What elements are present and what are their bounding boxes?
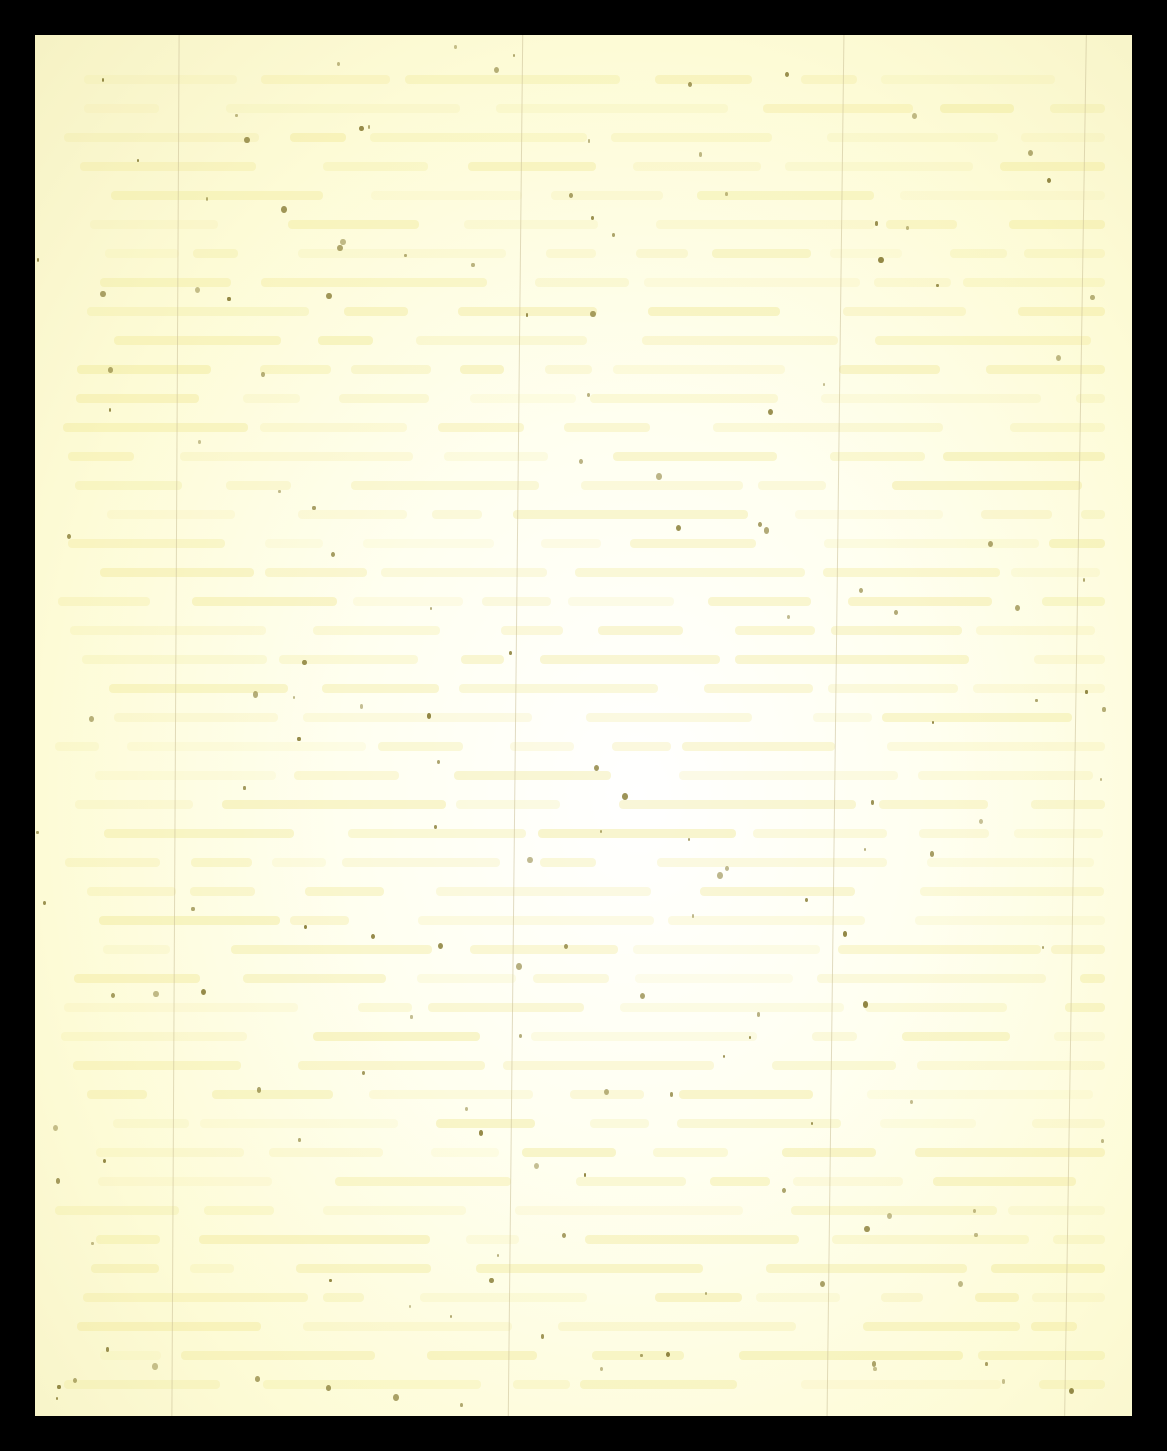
speckle: [362, 1071, 365, 1075]
faded-text: [73, 1061, 241, 1070]
faded-text: [1014, 829, 1103, 838]
faded-text: [739, 1351, 963, 1360]
faded-text: [263, 1380, 481, 1389]
faded-text: [303, 713, 533, 722]
faded-text: [613, 452, 777, 461]
speckle: [717, 872, 723, 879]
speckle: [988, 541, 993, 547]
speckle: [91, 1242, 94, 1246]
faded-text: [322, 684, 439, 693]
speckle: [1083, 578, 1086, 582]
faded-text: [598, 626, 683, 635]
faded-text: [113, 1119, 189, 1128]
speckle: [757, 1012, 761, 1017]
faded-text: [540, 858, 596, 867]
faded-text: [68, 452, 135, 461]
faded-text: [305, 887, 384, 896]
speckle: [312, 506, 316, 511]
faded-text: [416, 336, 586, 345]
faded-text: [470, 394, 576, 403]
faded-text: [405, 75, 621, 84]
speckle: [243, 786, 245, 789]
speckle: [640, 993, 645, 999]
faded-text: [96, 1235, 159, 1244]
speckle: [109, 408, 112, 412]
faded-text: [87, 1090, 147, 1099]
faded-text: [1053, 1235, 1105, 1244]
faded-text: [265, 568, 367, 577]
faded-text: [470, 945, 617, 954]
faded-text: [260, 365, 331, 374]
faded-text: [950, 249, 1007, 258]
speckle: [329, 1279, 332, 1283]
faded-text: [915, 1148, 1105, 1157]
speckle: [497, 1254, 499, 1257]
faded-text: [1031, 1322, 1077, 1331]
speckle: [527, 857, 533, 864]
faded-text: [461, 655, 504, 664]
speckle: [1042, 946, 1044, 949]
speckle: [1035, 699, 1037, 702]
speckle: [326, 293, 332, 300]
faded-text: [882, 713, 1071, 722]
speckle: [227, 297, 230, 301]
faded-text: [513, 1380, 570, 1389]
faded-text: [991, 1264, 1105, 1273]
faded-text: [348, 829, 525, 838]
speckle: [912, 113, 917, 119]
faded-text: [192, 597, 338, 606]
faded-text: [313, 1032, 480, 1041]
faded-text: [96, 1148, 245, 1157]
faded-text: [763, 104, 913, 113]
faded-text: [496, 104, 727, 113]
speckle: [910, 1100, 913, 1104]
speckle: [434, 825, 437, 829]
faded-text: [1008, 1206, 1105, 1215]
faded-text: [978, 1351, 1105, 1360]
faded-text: [766, 1264, 967, 1273]
faded-text: [95, 771, 276, 780]
faded-text: [576, 1177, 686, 1186]
speckle: [304, 925, 307, 929]
faded-text: [226, 104, 460, 113]
faded-text: [63, 423, 249, 432]
faded-text: [87, 887, 177, 896]
speckle: [534, 1163, 539, 1169]
faded-text: [77, 365, 210, 374]
faded-text: [288, 220, 419, 229]
speckle: [437, 760, 440, 764]
speckle: [103, 1159, 106, 1163]
speckle: [393, 1394, 399, 1401]
faded-text: [323, 162, 428, 171]
speckle: [108, 367, 113, 373]
faded-text: [381, 568, 547, 577]
faded-text: [633, 945, 820, 954]
faded-text: [114, 336, 281, 345]
speckle: [584, 1173, 587, 1177]
faded-text: [619, 800, 856, 809]
faded-text: [713, 423, 943, 432]
faded-text: [111, 191, 323, 200]
faded-text: [91, 1264, 159, 1273]
faded-text: [1050, 104, 1105, 113]
faded-text: [1024, 249, 1105, 258]
speckle: [57, 1385, 60, 1389]
faded-text: [193, 249, 237, 258]
faded-text: [636, 249, 689, 258]
faded-text: [817, 974, 1046, 983]
faded-text: [887, 742, 1105, 751]
faded-text: [436, 887, 650, 896]
faded-text: [793, 1177, 903, 1186]
speckle: [591, 216, 594, 220]
faded-text: [191, 858, 252, 867]
speckle: [337, 62, 340, 66]
faded-text: [879, 800, 988, 809]
faded-text: [1032, 1293, 1105, 1302]
speckle: [340, 239, 346, 246]
speckle: [1015, 605, 1020, 611]
speckle: [438, 943, 443, 949]
faded-text: [620, 1003, 844, 1012]
faded-text: [821, 394, 1041, 403]
faded-text: [98, 1177, 273, 1186]
faded-text: [231, 945, 433, 954]
faded-text: [900, 191, 1105, 200]
faded-text: [428, 1003, 584, 1012]
faded-text: [655, 75, 752, 84]
speckle: [569, 193, 573, 198]
faded-text: [586, 713, 753, 722]
faded-text: [68, 539, 225, 548]
faded-text: [981, 510, 1052, 519]
faded-text: [303, 1322, 512, 1331]
faded-text: [546, 249, 596, 258]
faded-text: [611, 133, 772, 142]
faded-text: [986, 365, 1105, 374]
speckle: [958, 1281, 963, 1287]
faded-text: [313, 626, 439, 635]
faded-text: [104, 829, 294, 838]
speckle: [360, 704, 363, 708]
faded-text: [226, 481, 291, 490]
faded-text: [212, 1090, 333, 1099]
faded-text: [785, 162, 974, 171]
speckle: [588, 139, 590, 142]
faded-text: [456, 800, 559, 809]
speckle: [864, 1226, 870, 1233]
faded-text: [501, 626, 562, 635]
faded-text: [371, 191, 522, 200]
speckle: [281, 206, 287, 213]
faded-text: [677, 1119, 841, 1128]
faded-text: [432, 510, 482, 519]
faded-text: [1054, 1032, 1105, 1041]
faded-text: [679, 771, 898, 780]
speckle: [843, 931, 847, 936]
faded-text: [100, 1351, 161, 1360]
speckle: [494, 67, 499, 73]
speckle: [579, 459, 583, 464]
faded-text: [902, 1032, 1010, 1041]
faded-text: [1011, 568, 1100, 577]
faded-text: [70, 626, 266, 635]
speckle: [1056, 355, 1061, 361]
speckle: [823, 383, 825, 386]
speckle: [359, 126, 363, 131]
faded-text: [180, 452, 413, 461]
faded-text: [74, 974, 200, 983]
faded-text: [190, 887, 255, 896]
faded-text: [874, 278, 951, 287]
speckle: [873, 1367, 876, 1371]
faded-text: [468, 162, 596, 171]
speckle: [43, 901, 46, 905]
speckle: [562, 1233, 566, 1238]
faded-text: [351, 481, 540, 490]
faded-text: [568, 597, 674, 606]
speckle: [688, 82, 692, 87]
faded-text: [592, 1351, 684, 1360]
faded-text: [1009, 220, 1105, 229]
faded-text: [824, 539, 1039, 548]
faded-text: [655, 1293, 742, 1302]
speckle: [278, 490, 281, 494]
faded-text: [279, 655, 418, 664]
faded-text: [657, 858, 888, 867]
faded-text: [358, 1003, 412, 1012]
faded-text: [943, 452, 1105, 461]
faded-text: [204, 1206, 274, 1215]
faded-text: [710, 1177, 770, 1186]
speckle: [656, 473, 662, 480]
faded-text: [801, 1380, 1001, 1389]
faded-text: [369, 1090, 533, 1099]
faded-text: [1021, 133, 1105, 142]
faded-text: [668, 916, 865, 925]
faded-text: [564, 423, 650, 432]
faded-text: [100, 568, 254, 577]
faded-text: [370, 133, 587, 142]
faded-text: [464, 220, 598, 229]
faded-text: [87, 307, 308, 316]
faded-text: [531, 1032, 757, 1041]
speckle: [460, 1403, 463, 1407]
faded-text: [580, 1380, 737, 1389]
speckle: [985, 1362, 988, 1366]
faded-text: [1051, 945, 1105, 954]
speckle: [450, 1315, 452, 1318]
speckle: [768, 409, 773, 415]
speckle: [979, 819, 983, 824]
faded-text: [65, 858, 160, 867]
speckle: [56, 1397, 58, 1400]
faded-text: [712, 249, 811, 258]
faded-text: [533, 974, 609, 983]
faded-text: [812, 1032, 857, 1041]
faded-text: [438, 423, 524, 432]
faded-text: [298, 510, 407, 519]
faded-text: [590, 394, 778, 403]
speckle: [298, 1138, 301, 1142]
speckle: [465, 1107, 468, 1111]
speckle: [590, 311, 596, 318]
faded-text: [243, 394, 300, 403]
faded-text: [791, 1206, 997, 1215]
faded-text: [830, 452, 925, 461]
speckle: [859, 588, 863, 593]
speckle: [1100, 778, 1102, 781]
faded-text: [545, 365, 592, 374]
speckle: [670, 1092, 673, 1096]
faded-text: [84, 104, 159, 113]
faded-text: [575, 568, 805, 577]
faded-text: [378, 742, 463, 751]
speckle: [255, 1376, 260, 1382]
faded-text: [915, 916, 1105, 925]
speckle: [872, 1361, 876, 1366]
speckle: [785, 72, 789, 77]
faded-text: [838, 945, 1041, 954]
faded-text: [55, 742, 99, 751]
faded-text: [1010, 423, 1105, 432]
faded-text: [296, 1264, 432, 1273]
faded-text: [795, 510, 943, 519]
faded-text: [466, 1235, 519, 1244]
faded-text: [460, 365, 504, 374]
speckle: [622, 793, 628, 800]
faded-text: [1031, 800, 1105, 809]
faded-text: [881, 1293, 923, 1302]
speckle: [1069, 1388, 1074, 1394]
faded-text: [444, 452, 548, 461]
faded-text: [243, 974, 386, 983]
faded-text: [827, 133, 998, 142]
faded-text: [823, 568, 999, 577]
speckle: [875, 221, 879, 226]
speckle: [235, 114, 238, 118]
faded-text: [613, 365, 785, 374]
faded-text: [418, 916, 655, 925]
faded-text: [454, 771, 611, 780]
faded-text: [344, 307, 408, 316]
faded-text: [200, 1119, 398, 1128]
faded-text: [114, 713, 279, 722]
faded-text: [265, 539, 324, 548]
faded-text: [919, 829, 989, 838]
faded-text: [294, 771, 399, 780]
speckle: [371, 934, 375, 939]
faded-text: [642, 336, 838, 345]
faded-text: [513, 510, 748, 519]
faded-text: [58, 597, 149, 606]
faded-text: [1081, 510, 1105, 519]
faded-text: [199, 1235, 430, 1244]
faded-text: [679, 1090, 813, 1099]
speckle: [368, 125, 370, 128]
faded-text: [107, 510, 235, 519]
speckle: [89, 716, 94, 722]
speckle: [936, 284, 939, 288]
speckle: [261, 372, 265, 377]
speckle: [430, 607, 432, 610]
speckle: [111, 993, 115, 998]
faded-text: [1000, 162, 1105, 171]
faded-text: [585, 1235, 799, 1244]
faded-text: [1018, 307, 1105, 316]
speckle: [676, 525, 681, 531]
speckle: [191, 907, 194, 911]
faded-text: [318, 336, 373, 345]
faded-text: [75, 481, 182, 490]
faded-text: [290, 916, 349, 925]
speckle: [932, 721, 935, 725]
faded-text: [510, 742, 574, 751]
faded-text: [353, 597, 464, 606]
speckle: [600, 1367, 603, 1371]
faded-text: [522, 1148, 616, 1157]
faded-text: [975, 1293, 1019, 1302]
faded-text: [917, 1061, 1105, 1070]
faded-text: [682, 742, 835, 751]
speckle: [1047, 178, 1051, 183]
speckle: [509, 651, 513, 656]
speckle: [454, 45, 457, 49]
faded-text: [351, 365, 431, 374]
faded-text: [1034, 655, 1105, 664]
faded-text: [181, 1351, 375, 1360]
faded-text: [653, 1148, 728, 1157]
faded-text: [436, 1119, 534, 1128]
speckle: [198, 440, 201, 444]
faded-text: [323, 1206, 466, 1215]
faded-text: [90, 220, 218, 229]
speckle: [805, 898, 808, 902]
speckle: [705, 1292, 707, 1295]
speckle: [764, 527, 770, 534]
speckle: [1101, 1139, 1104, 1143]
faded-text: [77, 1322, 261, 1331]
speckle: [1102, 707, 1106, 712]
speckle: [864, 848, 867, 852]
faded-text: [753, 829, 887, 838]
faded-text: [61, 1032, 247, 1041]
speckle: [326, 1385, 331, 1391]
faded-text: [590, 1119, 649, 1128]
speckle: [1085, 690, 1087, 693]
faded-text: [630, 539, 756, 548]
faded-text: [735, 626, 815, 635]
faded-text: [538, 829, 735, 838]
faded-text: [298, 249, 507, 258]
faded-text: [540, 655, 720, 664]
speckle: [974, 1233, 978, 1238]
speckle: [513, 54, 515, 57]
speckle: [1002, 1379, 1006, 1384]
faded-text: [323, 1293, 364, 1302]
faded-text: [427, 1351, 537, 1360]
speckle: [100, 291, 105, 297]
faded-text: [881, 75, 1055, 84]
faded-text: [697, 191, 874, 200]
faded-text: [64, 133, 259, 142]
faded-text: [867, 1090, 1093, 1099]
faded-text: [875, 336, 1091, 345]
faded-text: [886, 220, 957, 229]
speckle: [640, 1354, 642, 1357]
